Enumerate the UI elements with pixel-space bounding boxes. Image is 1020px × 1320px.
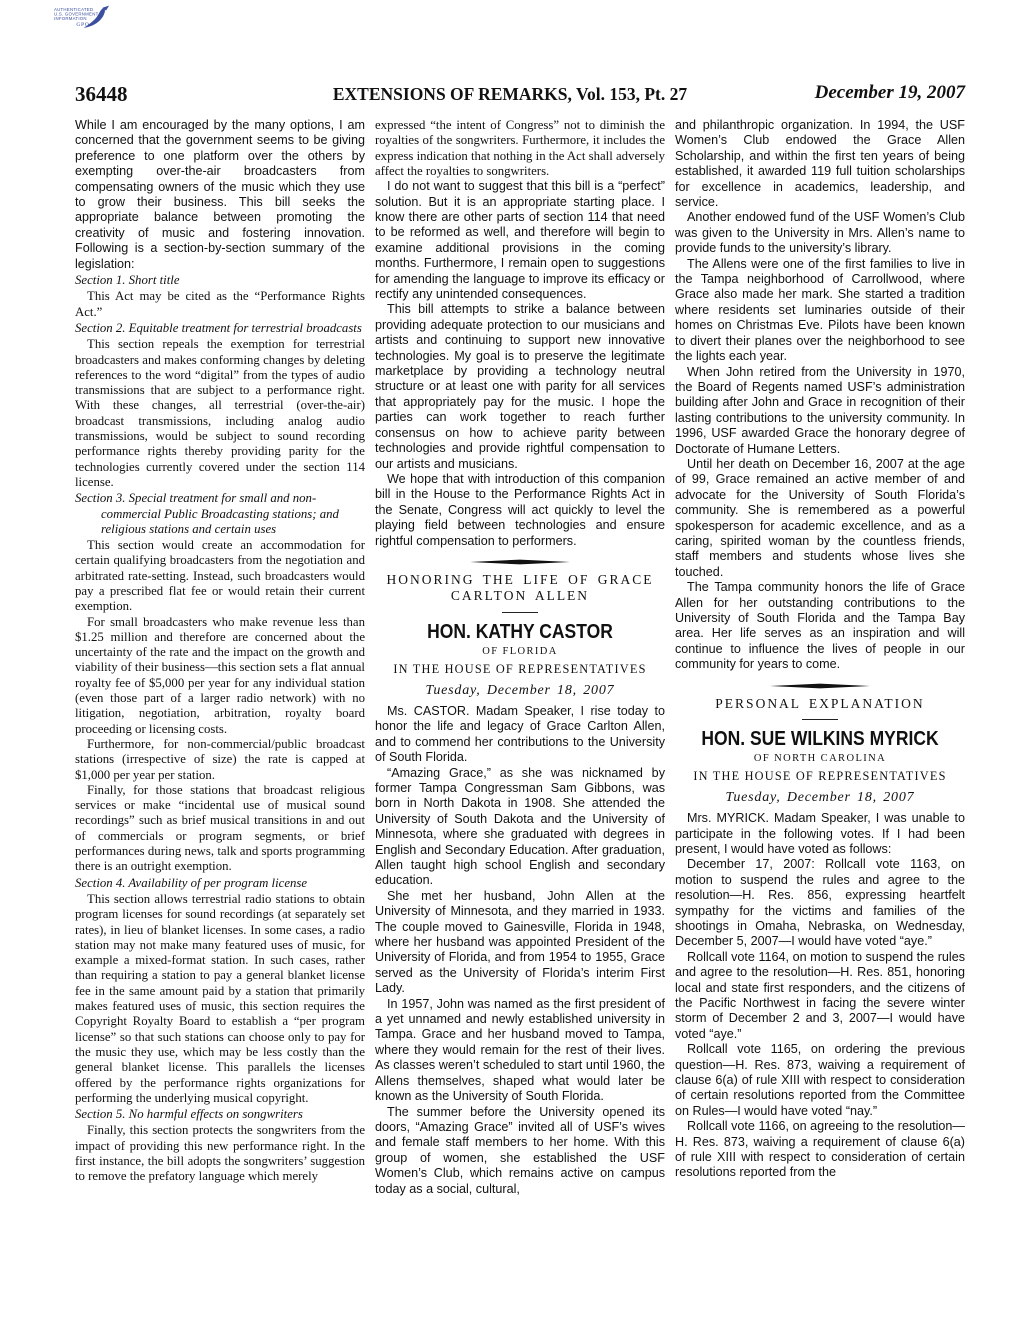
gpo-authentication-logo: AUTHENTICATED U.S. GOVERNMENT INFORMATIO… [54, 8, 110, 27]
inserted-text-paragraph: For small broadcasters who make revenue … [75, 615, 365, 737]
inserted-text-paragraph: This Act may be cited as the “Performanc… [75, 289, 365, 320]
body-paragraph: Until her death on December 16, 2007 at … [675, 457, 965, 580]
body-paragraph: While I am encouraged by the many option… [75, 118, 365, 272]
header-date: December 19, 2007 [815, 82, 965, 104]
body-paragraph: In 1957, John was named as the first pre… [375, 997, 665, 1105]
inserted-text-paragraph: Furthermore, for non-commercial/public b… [75, 737, 365, 783]
chamber-line: IN THE HOUSE OF REPRESENTATIVES [675, 769, 965, 784]
inserted-text-paragraph: This section allows terrestrial radio st… [75, 892, 365, 1106]
body-paragraph: We hope that with introduction of this c… [375, 472, 665, 549]
heading-rule [802, 719, 838, 720]
section-heading: Section 2. Equitable treatment for terre… [75, 321, 365, 336]
separator-rule [675, 683, 965, 689]
inserted-text-paragraph: Finally, for those stations that broadca… [75, 783, 365, 875]
body-paragraph: I do not want to suggest that this bill … [375, 179, 665, 302]
column-3: and philanthropic organization. In 1994,… [675, 118, 965, 1278]
separator-rule [375, 559, 665, 565]
body-paragraph: December 17, 2007: Rollcall vote 1163, o… [675, 857, 965, 949]
body-paragraph: The Tampa community honors the life of G… [675, 580, 965, 672]
body-paragraph: Rollcall vote 1164, on motion to suspend… [675, 950, 965, 1042]
body-paragraph: Ms. CASTOR. Madam Speaker, I rise today … [375, 704, 665, 766]
speaker-name: HON. SUE WILKINS MYRICK [675, 727, 965, 751]
proceeding-date: Tuesday, December 18, 2007 [375, 683, 665, 699]
inserted-text-paragraph: This section would create an accommodati… [75, 538, 365, 614]
speaker-state: OF NORTH CAROLINA [675, 753, 965, 764]
article-title: PERSONAL EXPLANATION [675, 696, 965, 713]
column-2: expressed “the intent of Congress” not t… [375, 118, 665, 1278]
section-heading: Section 3. Special treatment for small a… [75, 491, 365, 537]
running-head: 36448 EXTENSIONS OF REMARKS, Vol. 153, P… [0, 82, 1020, 112]
body-paragraph: Another endowed fund of the USF Women’s … [675, 210, 965, 256]
body-paragraph: “Amazing Grace,” as she was nicknamed by… [375, 766, 665, 889]
proceeding-date: Tuesday, December 18, 2007 [675, 790, 965, 806]
body-paragraph: This bill attempts to strike a balance b… [375, 302, 665, 471]
section-heading: Section 1. Short title [75, 273, 365, 288]
section-heading: Section 4. Availability of per program l… [75, 876, 365, 891]
body-paragraph: The Allens were one of the first familie… [675, 257, 965, 365]
gpo-swoosh-icon [81, 6, 110, 31]
body-paragraph: Rollcall vote 1165, on ordering the prev… [675, 1042, 965, 1119]
body-paragraph: Mrs. MYRICK. Madam Speaker, I was unable… [675, 811, 965, 857]
column-1: While I am encouraged by the many option… [75, 118, 365, 1278]
body-paragraph: She met her husband, John Allen at the U… [375, 889, 665, 997]
congressional-record-page: AUTHENTICATED U.S. GOVERNMENT INFORMATIO… [0, 0, 1020, 1320]
speaker-state: OF FLORIDA [375, 646, 665, 657]
section-heading: Section 5. No harmful effects on songwri… [75, 1107, 365, 1122]
content-columns: While I am encouraged by the many option… [75, 118, 965, 1278]
heading-rule [502, 612, 538, 613]
body-paragraph: When John retired from the University in… [675, 365, 965, 457]
inserted-text-paragraph: expressed “the intent of Congress” not t… [375, 118, 665, 179]
chamber-line: IN THE HOUSE OF REPRESENTATIVES [375, 662, 665, 677]
inserted-text-paragraph: Finally, this section protects the songw… [75, 1123, 365, 1184]
body-paragraph: Rollcall vote 1166, on agreeing to the r… [675, 1119, 965, 1181]
article-title: HONORING THE LIFE OF GRACE CARLTON ALLEN [375, 572, 665, 605]
body-paragraph: and philanthropic organization. In 1994,… [675, 118, 965, 210]
body-paragraph: The summer before the University opened … [375, 1105, 665, 1197]
speaker-name: HON. KATHY CASTOR [375, 619, 665, 643]
inserted-text-paragraph: This section repeals the exemption for t… [75, 337, 365, 490]
